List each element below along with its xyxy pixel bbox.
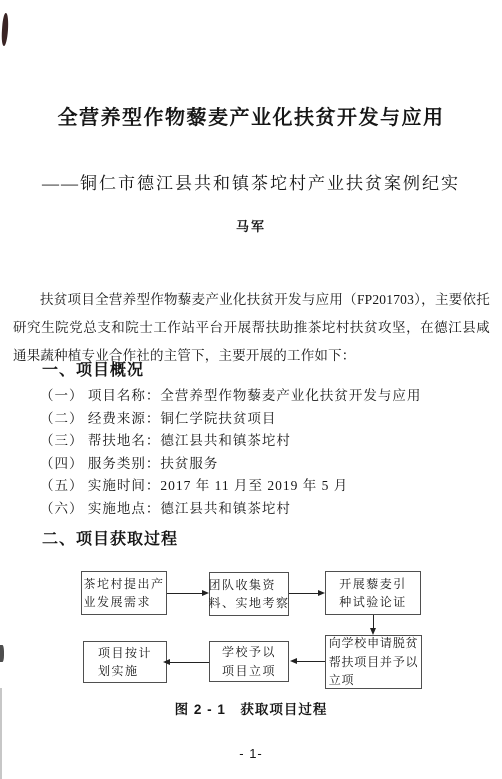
list-item-funding-source: （二） 经费来源：铜仁学院扶贫项目 [40,408,480,431]
arrow-down-icon [370,615,377,635]
arrow-right-icon [167,590,209,597]
flow-box-quinoa-trial: 开展藜麦引 种试验论证 [325,571,421,615]
list-item-time-period: （五） 实施时间：2017 年 11 月至 2019 年 5 月 [40,475,480,498]
ink-speck-left-edge [0,645,4,662]
author-name: 马军 [0,216,502,235]
ink-speck-top-left [1,13,9,46]
flow-box-implementation: 项目按计 划实施 [83,641,167,683]
flow-box-apply-project: 向学校申请脱贫 帮扶项目并予以 立项 [325,635,422,689]
document-subtitle: ——铜仁市德江县共和镇茶坨村产业扶贫案例纪实 [0,169,502,194]
page-number: - 1- [0,746,502,761]
document-page: 全营养型作物藜麦产业化扶贫开发与应用 ——铜仁市德江县共和镇茶坨村产业扶贫案例纪… [0,0,502,779]
flow-box-school-approval: 学校予以 项目立项 [209,641,289,682]
flow-box-village-demand: 茶坨村提出产 业发展需求 [81,571,167,615]
list-item-aid-location: （三） 帮扶地名：德江县共和镇茶坨村 [40,430,480,453]
list-item-project-name: （一） 项目名称：全营养型作物藜麦产业化扶贫开发与应用 [40,385,480,408]
figure-caption: 图 2 - 1 获取项目过程 [0,698,502,718]
flow-box-team-research: 团队收集资 料、实地考察 [209,572,289,616]
document-title: 全营养型作物藜麦产业化扶贫开发与应用 [0,101,502,130]
arrow-left-icon [290,658,325,665]
list-item-implementation-site: （六） 实施地点：德江县共和镇茶坨村 [40,498,480,521]
section-heading-overview: 一、项目概况 [42,357,144,380]
list-item-service-type: （四） 服务类别：扶贫服务 [40,453,480,476]
project-overview-list: （一） 项目名称：全营养型作物藜麦产业化扶贫开发与应用 （二） 经费来源：铜仁学… [40,385,480,520]
arrow-left-icon [163,659,209,666]
section-heading-acquisition: 二、项目获取过程 [42,526,178,549]
arrow-right-icon [289,590,325,597]
